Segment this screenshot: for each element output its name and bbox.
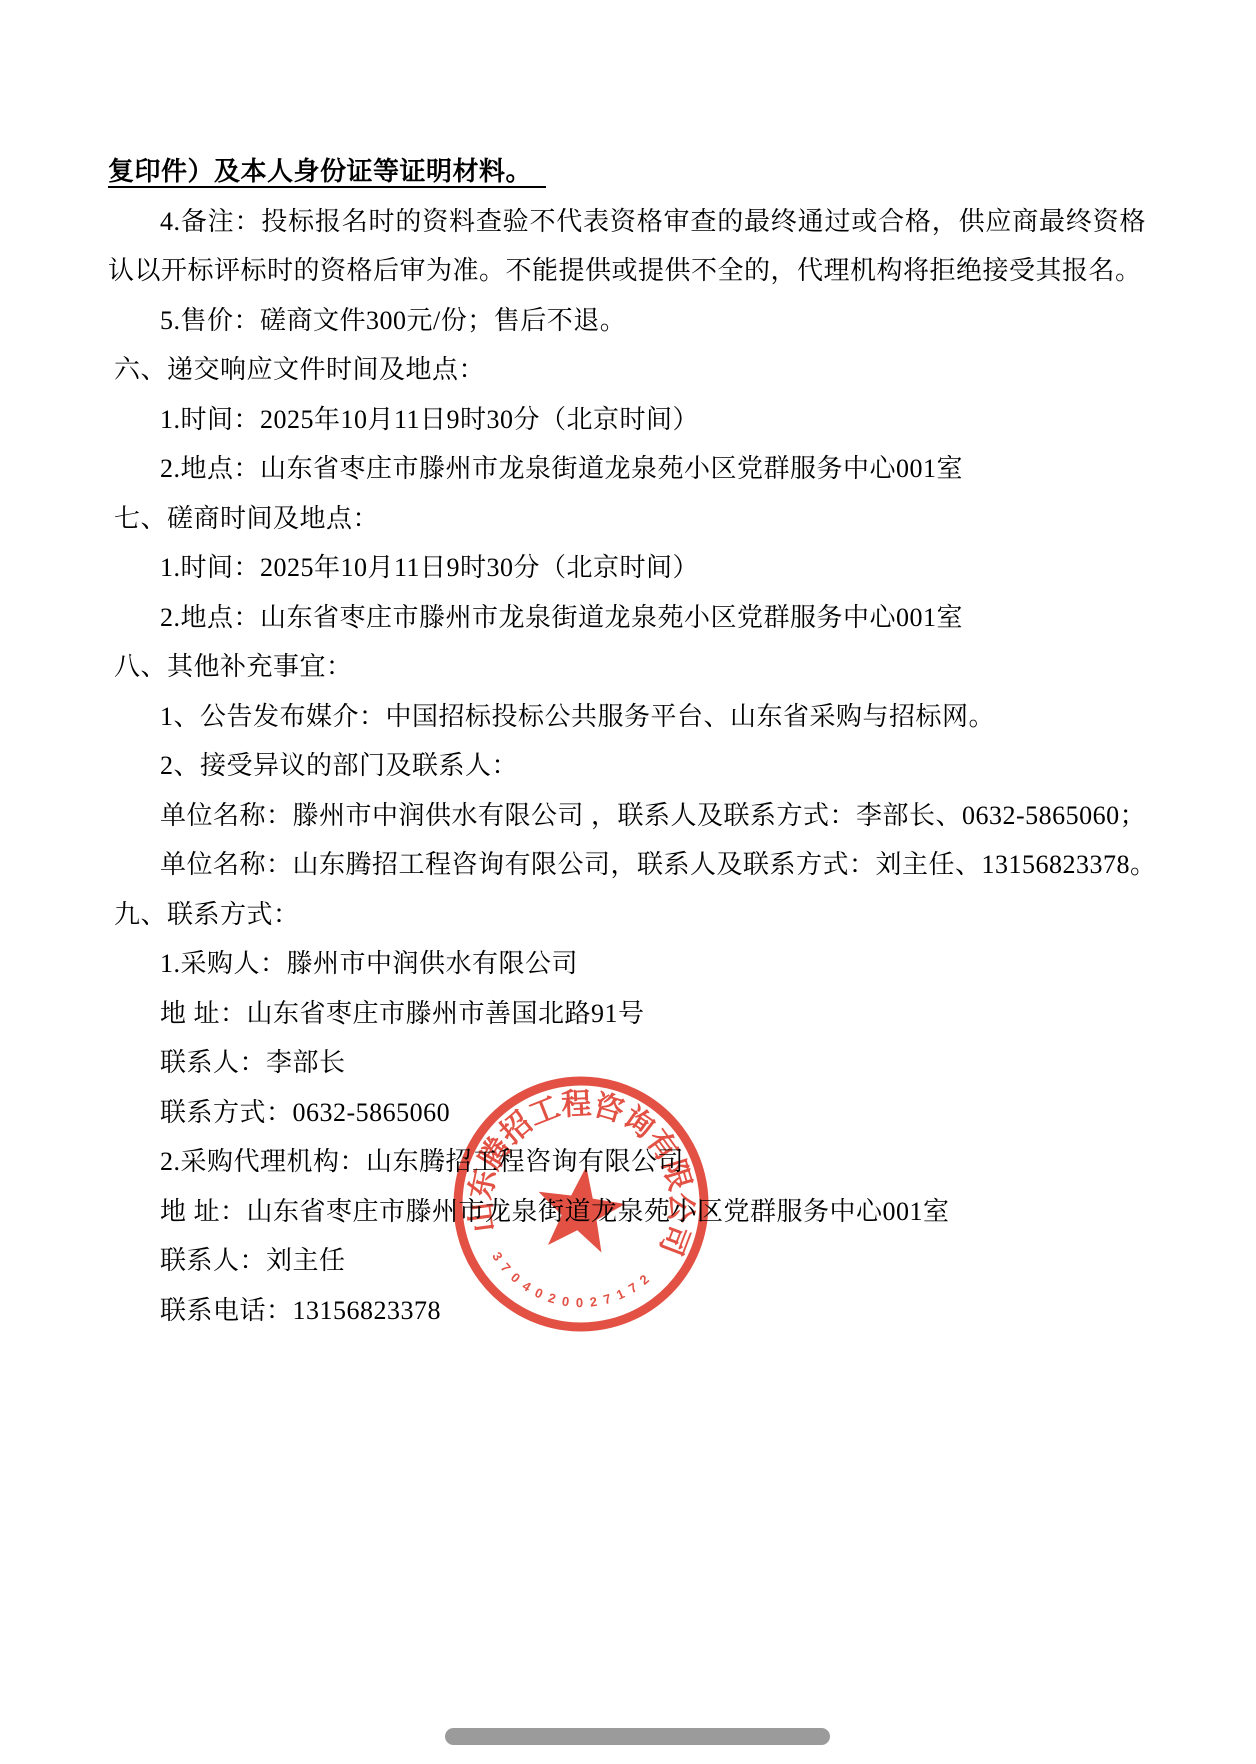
document-line: 2.地点：山东省枣庄市滕州市龙泉街道龙泉苑小区党群服务中心001室 (108, 593, 1146, 643)
document-line: 地 址：山东省枣庄市滕州市善国北路91号 (108, 989, 1146, 1039)
document-page: 复印件）及本人身份证等证明材料。 4.备注：投标报名时的资料查验不代表资格审查的… (0, 0, 1256, 1764)
section-heading-7: 七、磋商时间及地点： (108, 494, 1146, 544)
section-heading-8: 八、其他补充事宜： (108, 642, 1146, 692)
document-line: 单位名称：山东腾招工程咨询有限公司，联系人及联系方式：刘主任、131568233… (108, 840, 1146, 890)
section-heading-9: 九、联系方式： (108, 890, 1146, 940)
document-line: 5.售价：磋商文件300元/份；售后不退。 (108, 296, 1146, 346)
underlined-heading-text: 复印件）及本人身份证等证明材料。 (108, 157, 546, 188)
scrollbar-horizontal-thumb[interactable] (445, 1728, 830, 1745)
section-heading-6: 六、递交响应文件时间及地点： (108, 345, 1146, 395)
seal-serial-number: 3704020027172 (484, 1248, 656, 1321)
document-line: 1.采购人：滕州市中润供水有限公司 (108, 939, 1146, 989)
document-line: 1.时间：2025年10月11日9时30分（北京时间） (108, 543, 1146, 593)
document-line: 单位名称：滕州市中润供水有限公司 ，联系人及联系方式：李部长、0632-5865… (108, 791, 1146, 841)
underlined-heading: 复印件）及本人身份证等证明材料。 (108, 147, 1146, 197)
document-line: 认以开标评标时的资格后审为准。不能提供或提供不全的，代理机构将拒绝接受其报名。 (108, 246, 1146, 296)
document-line: 1、公告发布媒介：中国招标投标公共服务平台、山东省采购与招标网。 (108, 692, 1146, 742)
document-line: 2、接受异议的部门及联系人： (108, 741, 1146, 791)
company-seal: 山东腾招工程咨询有限公司 3704020027172 (427, 1050, 734, 1357)
document-line: 2.地点：山东省枣庄市滕州市龙泉街道龙泉苑小区党群服务中心001室 (108, 444, 1146, 494)
document-line: 4.备注：投标报名时的资料查验不代表资格审查的最终通过或合格，供应商最终资格的确 (108, 197, 1146, 247)
document-line: 1.时间：2025年10月11日9时30分（北京时间） (108, 395, 1146, 445)
seal-star (531, 1160, 629, 1255)
